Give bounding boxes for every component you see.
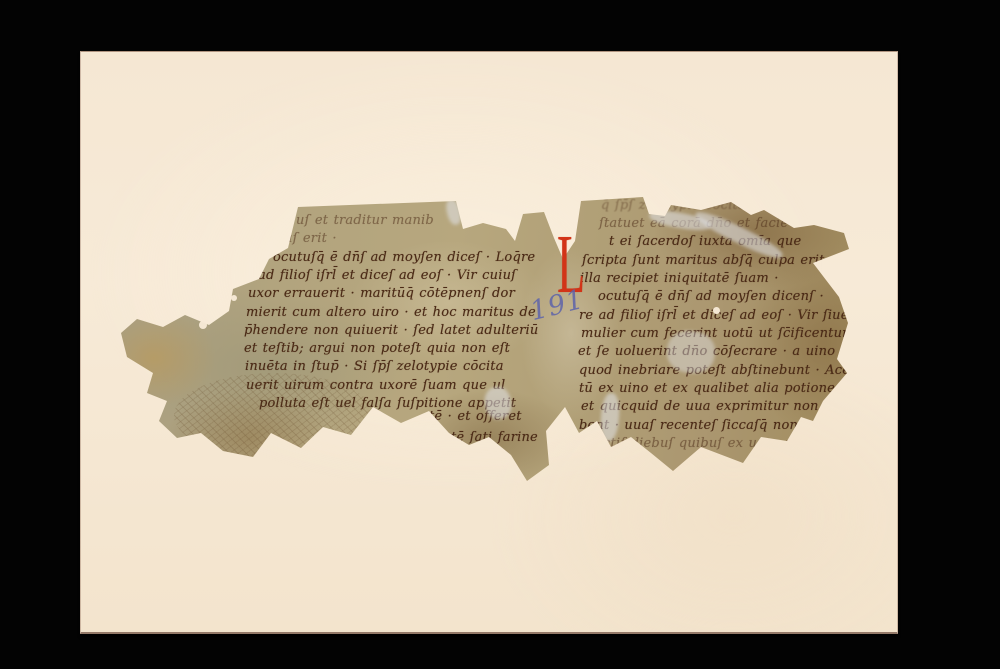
manuscript-line: q̄ ſp̄ſ zelotypie cōcitatuſ eſt — [601, 198, 789, 214]
manuscript-line: uxor errauerit · maritūq̄ cōtēpnenſ dor — [248, 286, 515, 302]
worm-hole — [199, 321, 207, 329]
manuscript-line: ocutuſq̄ ē dn̄ſ ad moyſen diceſ · Loq̄re — [273, 250, 535, 266]
manuscript-line: et quicquid de uua exprimitur non bi — [581, 399, 837, 415]
manuscript-line: uſ et traditur manib — [296, 213, 434, 229]
manuscript-line: et teſtib; argui non poteſt quia non eſt — [244, 341, 510, 357]
stain-speckles — [174, 373, 374, 458]
manuscript-line: uſ erit · — [284, 231, 337, 247]
manuscript-line: ocutuſq̄ ē dn̄ſ ad moyſen dicenſ · — [598, 289, 824, 305]
parchment-fragment: uſ et traditur manib uſ erit · ocutuſq̄ … — [119, 193, 849, 485]
manuscript-line: bent · uuaſ recenteſ ſiccaſq̄ non comede… — [579, 418, 870, 434]
manuscript-line: ſcripta ſunt maritus abſq̄ culpa erit — [582, 253, 825, 269]
manuscript-line: p̄hendere non quiuerit · ſed latet adult… — [244, 323, 538, 339]
worm-hole — [231, 295, 237, 301]
backing-sheet: uſ et traditur manib uſ erit · ocutuſq̄ … — [80, 51, 898, 634]
repair-patch — [444, 198, 463, 226]
manuscript-line: et ſe uoluerint dn̄o cōſecrare · a uino … — [578, 344, 872, 360]
worm-hole — [713, 307, 720, 314]
manuscript-line: tū ex uino et ex qualibet alia potione — [579, 381, 835, 397]
manuscript-line: ad filioſ iſrl̄ et diceſ ad eoſ · Vir cu… — [258, 268, 516, 284]
manuscript-line: mulier cum fecerint uotū ut ſc̄ificentur — [581, 326, 849, 342]
manuscript-line: tē ſati farine — [451, 430, 538, 446]
photo-background: uſ et traditur manib uſ erit · ocutuſq̄ … — [0, 0, 1000, 669]
manuscript-line: quod inebriare poteſt abſtinebunt · Ace — [579, 363, 850, 379]
manuscript-line: mierit cum altero uiro · et hoc maritus … — [246, 305, 536, 321]
manuscript-line: illa recipiet iniquitatē ſuam · — [580, 271, 779, 287]
manuscript-line: cūctiſ diebuſ quibuſ ex uoto cōſecrantur — [587, 436, 863, 452]
